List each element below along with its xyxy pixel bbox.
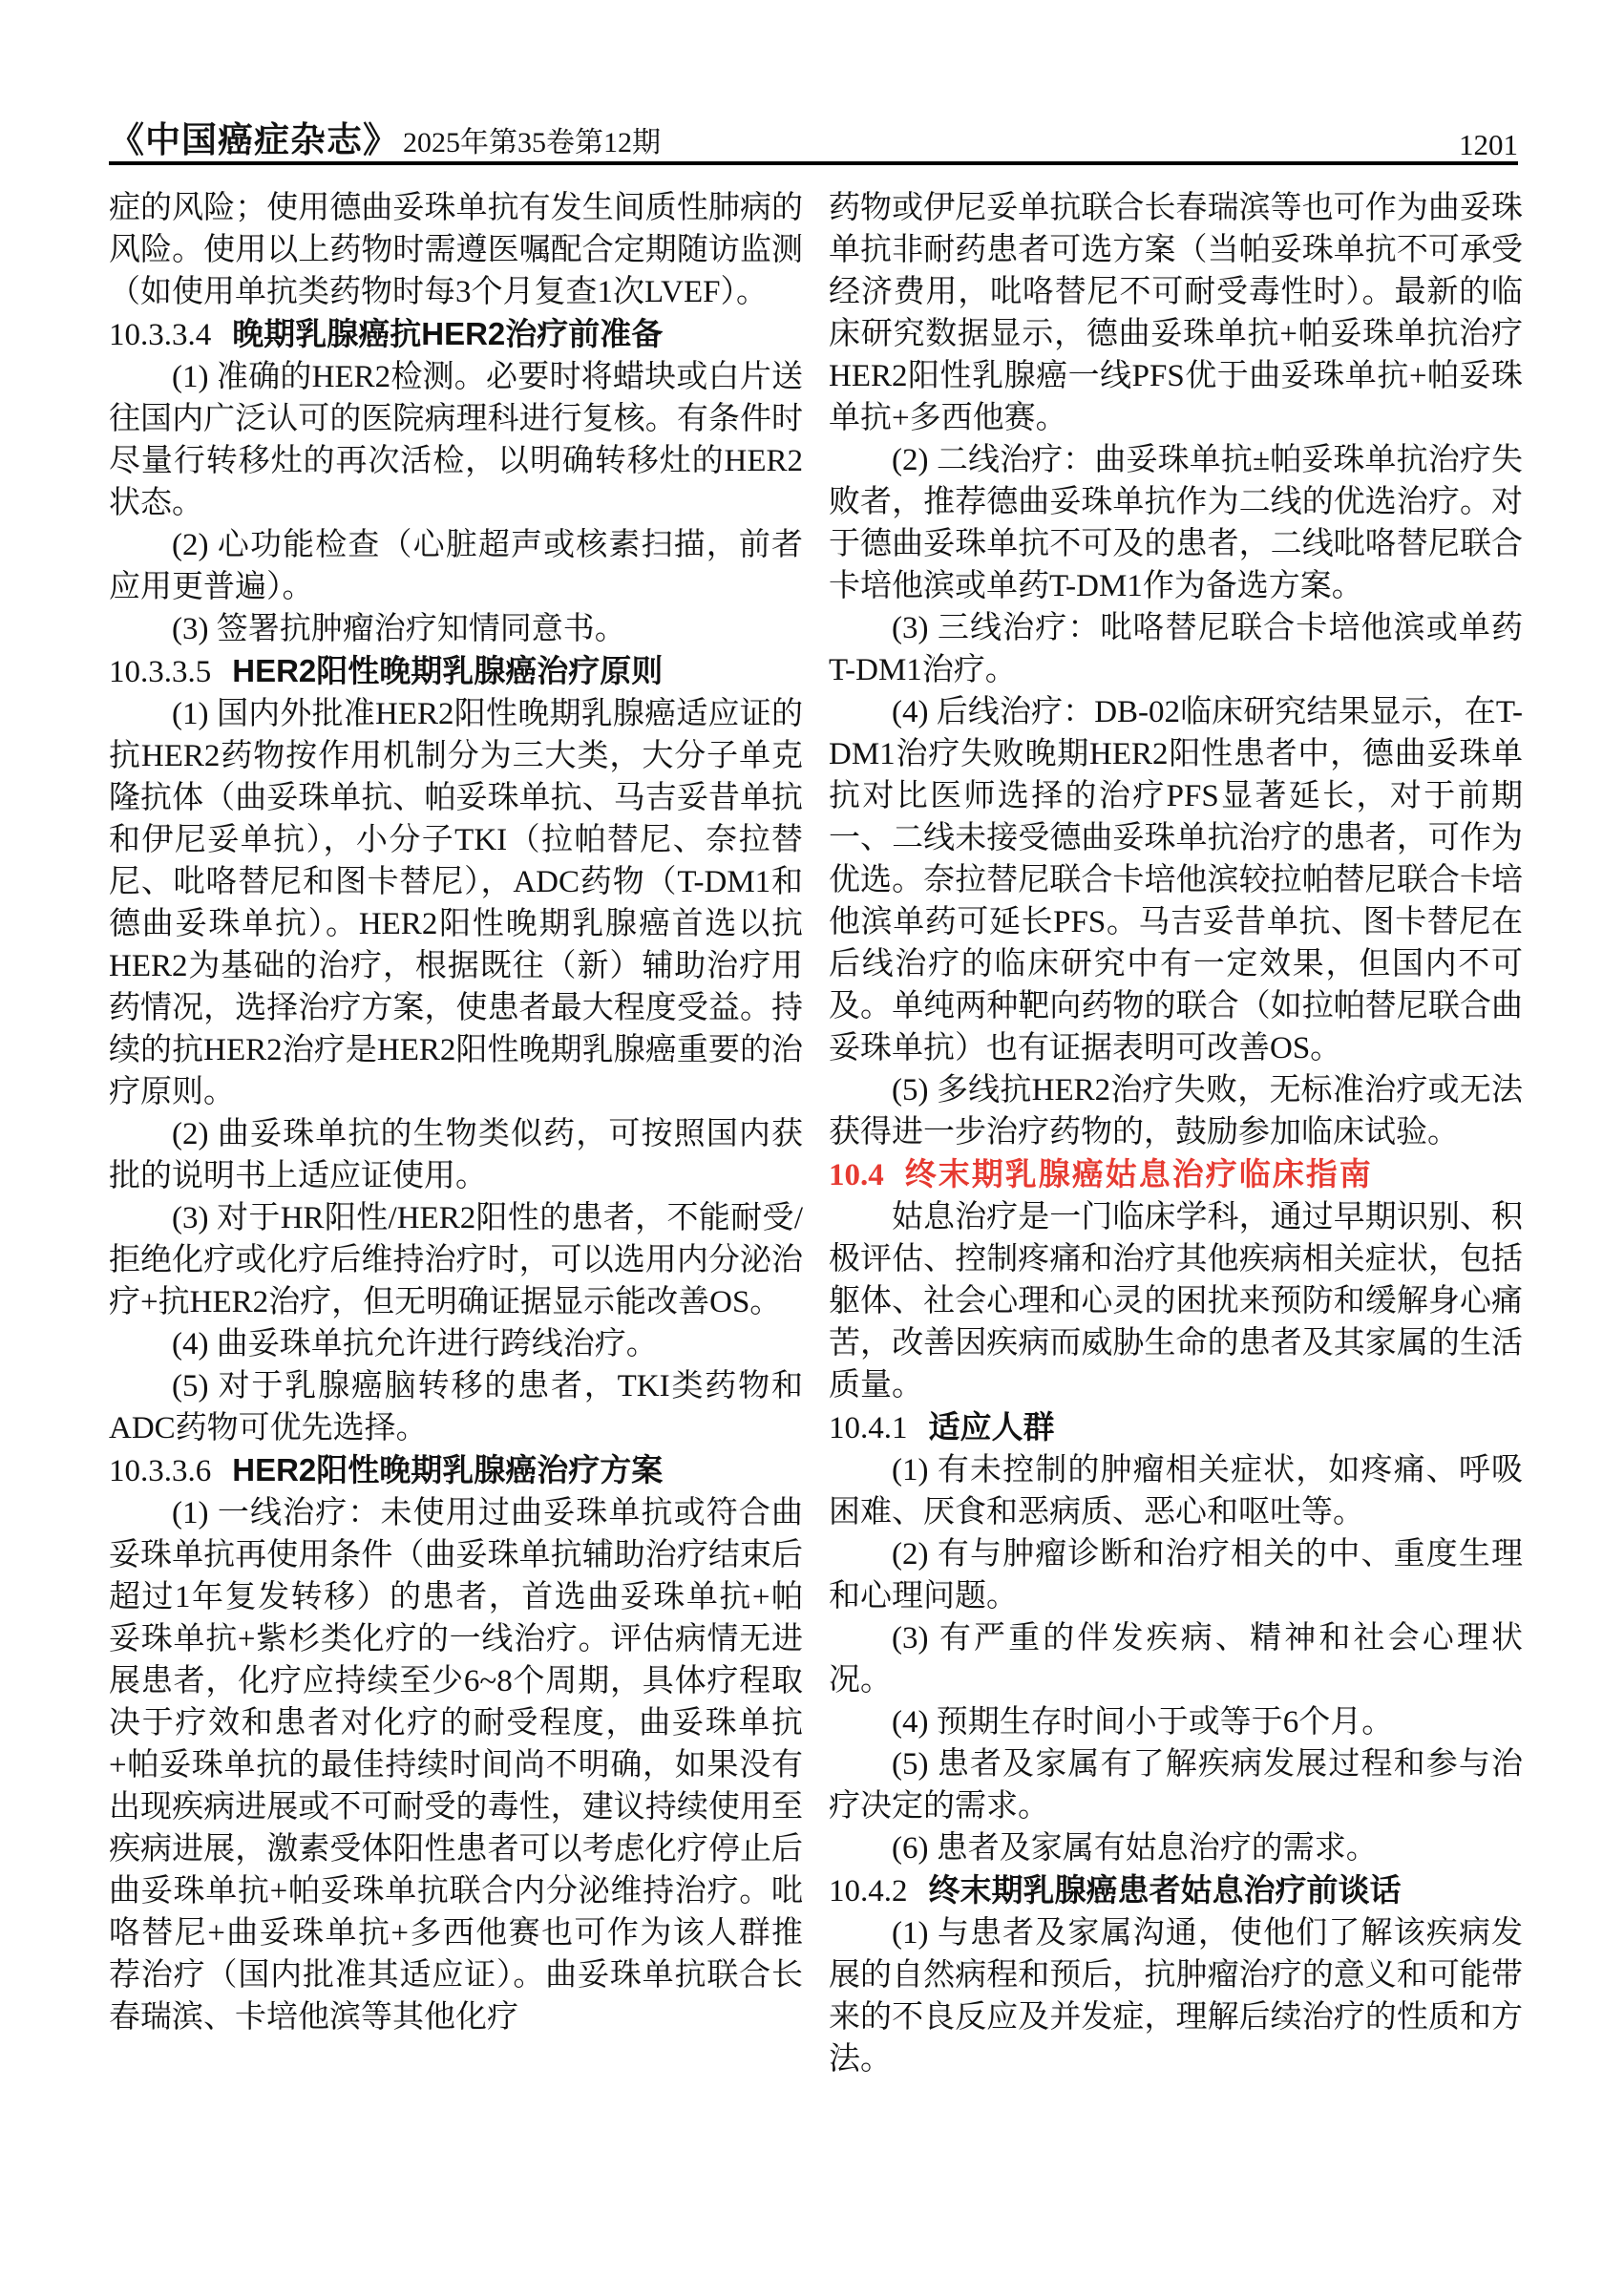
- section-title: 晚期乳腺癌抗HER2治疗前准备: [232, 316, 663, 351]
- section-number: 10.3.3.6: [109, 1454, 211, 1488]
- paragraph: (1) 有未控制的肿瘤相关症状，如疼痛、呼吸困难、厌食和恶病质、恶心和呕吐等。: [829, 1449, 1523, 1533]
- paragraph: (4) 后线治疗：DB-02临床研究结果显示，在T-DM1治疗失败晚期HER2阳…: [829, 691, 1523, 1069]
- paragraph: (1) 国内外批准HER2阳性晚期乳腺癌适应证的抗HER2药物按作用机制分为三大…: [109, 693, 803, 1113]
- paragraph: (1) 一线治疗：未使用过曲妥珠单抗或符合曲妥珠单抗再使用条件（曲妥珠单抗辅助治…: [109, 1492, 803, 2038]
- section-title: 终末期乳腺癌姑息治疗临床指南: [905, 1156, 1373, 1192]
- page-header: 《中国癌症杂志》 2025年第35卷第12期 1201: [109, 111, 1518, 162]
- section-title: HER2阳性晚期乳腺癌治疗方案: [232, 1452, 663, 1487]
- column-right: 药物或伊尼妥单抗联合长春瑞滨等也可作为曲妥珠单抗非耐药患者可选方案（当帕妥珠单抗…: [829, 187, 1523, 2080]
- journal-page: 《中国癌症杂志》 2025年第35卷第12期 1201 症的风险；使用德曲妥珠单…: [0, 0, 1624, 2278]
- section-title: 终末期乳腺癌患者姑息治疗前谈话: [929, 1872, 1402, 1908]
- section-number: 10.4.2: [829, 1874, 908, 1909]
- paragraph: (5) 对于乳腺癌脑转移的患者，TKI类药物和ADC药物可优先选择。: [109, 1365, 803, 1449]
- section-heading: 10.4.1适应人群: [829, 1406, 1523, 1449]
- section-number: 10.3.3.4: [109, 318, 211, 352]
- section-heading: 10.4.2终末期乳腺癌患者姑息治疗前谈话: [829, 1869, 1523, 1912]
- section-title: 适应人群: [929, 1409, 1055, 1445]
- paragraph: (1) 准确的HER2检测。必要时将蜡块或白片送往国内广泛认可的医院病理科进行复…: [109, 356, 803, 524]
- paragraph: 姑息治疗是一门临床学科，通过早期识别、积极评估、控制疼痛和治疗其他疾病相关症状，…: [829, 1196, 1523, 1406]
- paragraph: (5) 患者及家属有了解疾病发展过程和参与治疗决定的需求。: [829, 1743, 1523, 1827]
- two-column-body: 症的风险；使用德曲妥珠单抗有发生间质性肺病的风险。使用以上药物时需遵医嘱配合定期…: [109, 187, 1523, 2080]
- paragraph: (3) 三线治疗：吡咯替尼联合卡培他滨或单药T-DM1治疗。: [829, 607, 1523, 691]
- header-rule: [109, 161, 1518, 165]
- section-heading: 10.3.3.5HER2阳性晚期乳腺癌治疗原则: [109, 650, 803, 693]
- paragraph: (3) 有严重的伴发疾病、精神和社会心理状况。: [829, 1617, 1523, 1701]
- paragraph: (1) 与患者及家属沟通，使他们了解该疾病发展的自然病程和预后，抗肿瘤治疗的意义…: [829, 1912, 1523, 2080]
- section-heading: 10.3.3.6HER2阳性晚期乳腺癌治疗方案: [109, 1449, 803, 1492]
- paragraph: (4) 曲妥珠单抗允许进行跨线治疗。: [109, 1323, 803, 1365]
- section-number: 10.4.1: [829, 1411, 908, 1445]
- column-left: 症的风险；使用德曲妥珠单抗有发生间质性肺病的风险。使用以上药物时需遵医嘱配合定期…: [109, 187, 803, 2080]
- header-left: 《中国癌症杂志》 2025年第35卷第12期: [109, 111, 661, 162]
- paragraph: (2) 心功能检查（心脏超声或核素扫描，前者应用更普遍）。: [109, 524, 803, 608]
- paragraph: (2) 有与肿瘤诊断和治疗相关的中、重度生理和心理问题。: [829, 1533, 1523, 1617]
- journal-title: 《中国癌症杂志》: [109, 111, 399, 162]
- section-heading-red: 10.4终末期乳腺癌姑息治疗临床指南: [829, 1153, 1523, 1196]
- paragraph: (2) 二线治疗：曲妥珠单抗±帕妥珠单抗治疗失败者，推荐德曲妥珠单抗作为二线的优…: [829, 439, 1523, 607]
- paragraph: (6) 患者及家属有姑息治疗的需求。: [829, 1827, 1523, 1869]
- issue-info: 2025年第35卷第12期: [403, 118, 661, 160]
- paragraph: (2) 曲妥珠单抗的生物类似药，可按照国内获批的说明书上适应证使用。: [109, 1113, 803, 1197]
- section-number: 10.3.3.5: [109, 655, 211, 689]
- paragraph: 症的风险；使用德曲妥珠单抗有发生间质性肺病的风险。使用以上药物时需遵医嘱配合定期…: [109, 187, 803, 313]
- section-number: 10.4: [829, 1158, 884, 1192]
- section-heading: 10.3.3.4晚期乳腺癌抗HER2治疗前准备: [109, 313, 803, 356]
- paragraph: (3) 签署抗肿瘤治疗知情同意书。: [109, 608, 803, 650]
- page-number: 1201: [1459, 128, 1518, 162]
- paragraph: 药物或伊尼妥单抗联合长春瑞滨等也可作为曲妥珠单抗非耐药患者可选方案（当帕妥珠单抗…: [829, 187, 1523, 439]
- section-title: HER2阳性晚期乳腺癌治疗原则: [232, 653, 663, 688]
- paragraph: (5) 多线抗HER2治疗失败，无标准治疗或无法获得进一步治疗药物的，鼓励参加临…: [829, 1069, 1523, 1153]
- paragraph: (4) 预期生存时间小于或等于6个月。: [829, 1701, 1523, 1743]
- paragraph: (3) 对于HR阳性/HER2阳性的患者，不能耐受/拒绝化疗或化疗后维持治疗时，…: [109, 1197, 803, 1323]
